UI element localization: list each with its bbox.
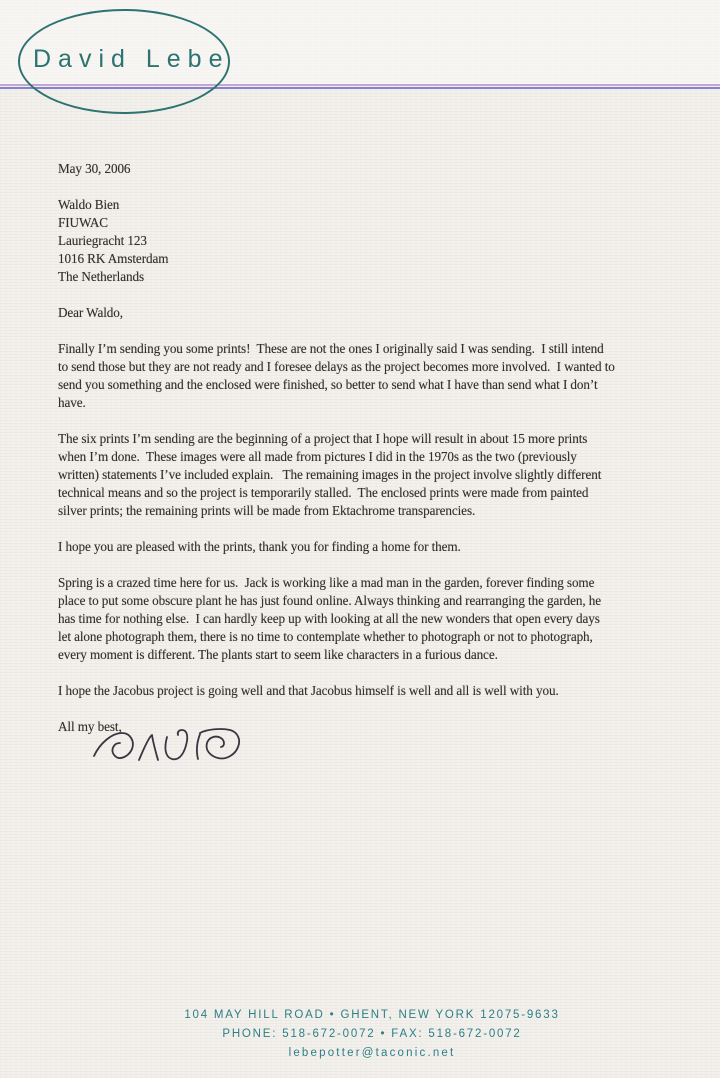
letter-line: let alone photograph them, there is no t…: [58, 628, 712, 646]
letter-date: May 30, 2006: [58, 160, 712, 178]
letter-line: silver prints; the remaining prints will…: [58, 502, 712, 520]
recipient-line: 1016 RK Amsterdam: [58, 250, 712, 268]
letter-line: written) statements I’ve included explai…: [58, 466, 712, 484]
letter-paragraphs: Finally I’m sending you some prints! The…: [58, 340, 712, 700]
letter-line: has time for nothing else. I can hardly …: [58, 610, 712, 628]
signature-handwritten: [90, 724, 246, 766]
letterhead-name: David Lebe: [33, 45, 233, 74]
letter-line: Spring is a crazed time here for us. Jac…: [58, 574, 712, 592]
letter-line: have.: [58, 394, 712, 412]
letter-line: The six prints I’m sending are the begin…: [58, 430, 712, 448]
letter-line: I hope you are pleased with the prints, …: [58, 538, 712, 556]
letter-paragraph: I hope you are pleased with the prints, …: [58, 538, 712, 556]
letter-paragraph: The six prints I’m sending are the begin…: [58, 430, 712, 520]
letter-line: every moment is different. The plants st…: [58, 646, 712, 664]
letterhead-footer: 104 MAY HILL ROAD • GHENT, NEW YORK 1207…: [0, 1006, 720, 1063]
signature-stroke-v: [165, 730, 187, 759]
letter-body: May 30, 2006 Waldo BienFIUWACLauriegrach…: [58, 160, 712, 736]
recipient-line: Lauriegracht 123: [58, 232, 712, 250]
footer-email: lebepotter@taconic.net: [24, 1044, 720, 1063]
signature-stroke-i: [197, 734, 200, 759]
letter-paragraph: Spring is a crazed time here for us. Jac…: [58, 574, 712, 664]
letter-paragraph: I hope the Jacobus project is going well…: [58, 682, 712, 700]
letter-line: I hope the Jacobus project is going well…: [58, 682, 712, 700]
letter-line: to send those but they are not ready and…: [58, 358, 712, 376]
signature-stroke-d2: [200, 729, 239, 758]
letter-paragraph: Finally I’m sending you some prints! The…: [58, 340, 712, 412]
signature-stroke-a: [139, 735, 158, 760]
letter-line: when I’m done. These images were all mad…: [58, 448, 712, 466]
letter-line: technical means and so the project is te…: [58, 484, 712, 502]
recipient-line: FIUWAC: [58, 214, 712, 232]
signature-stroke-d1: [94, 733, 133, 758]
salutation: Dear Waldo,: [58, 304, 712, 322]
footer-phone-fax: PHONE: 518-672-0072 • FAX: 518-672-0072: [24, 1025, 720, 1044]
footer-address: 104 MAY HILL ROAD • GHENT, NEW YORK 1207…: [24, 1006, 720, 1025]
recipient-line: The Netherlands: [58, 268, 712, 286]
letter-line: Finally I’m sending you some prints! The…: [58, 340, 712, 358]
letter-line: place to put some obscure plant he has j…: [58, 592, 712, 610]
letter-line: send you something and the enclosed were…: [58, 376, 712, 394]
scanned-letter-page: David Lebe May 30, 2006 Waldo BienFIUWAC…: [0, 0, 720, 1078]
recipient-address: Waldo BienFIUWACLauriegracht 1231016 RK …: [58, 196, 712, 286]
recipient-line: Waldo Bien: [58, 196, 712, 214]
